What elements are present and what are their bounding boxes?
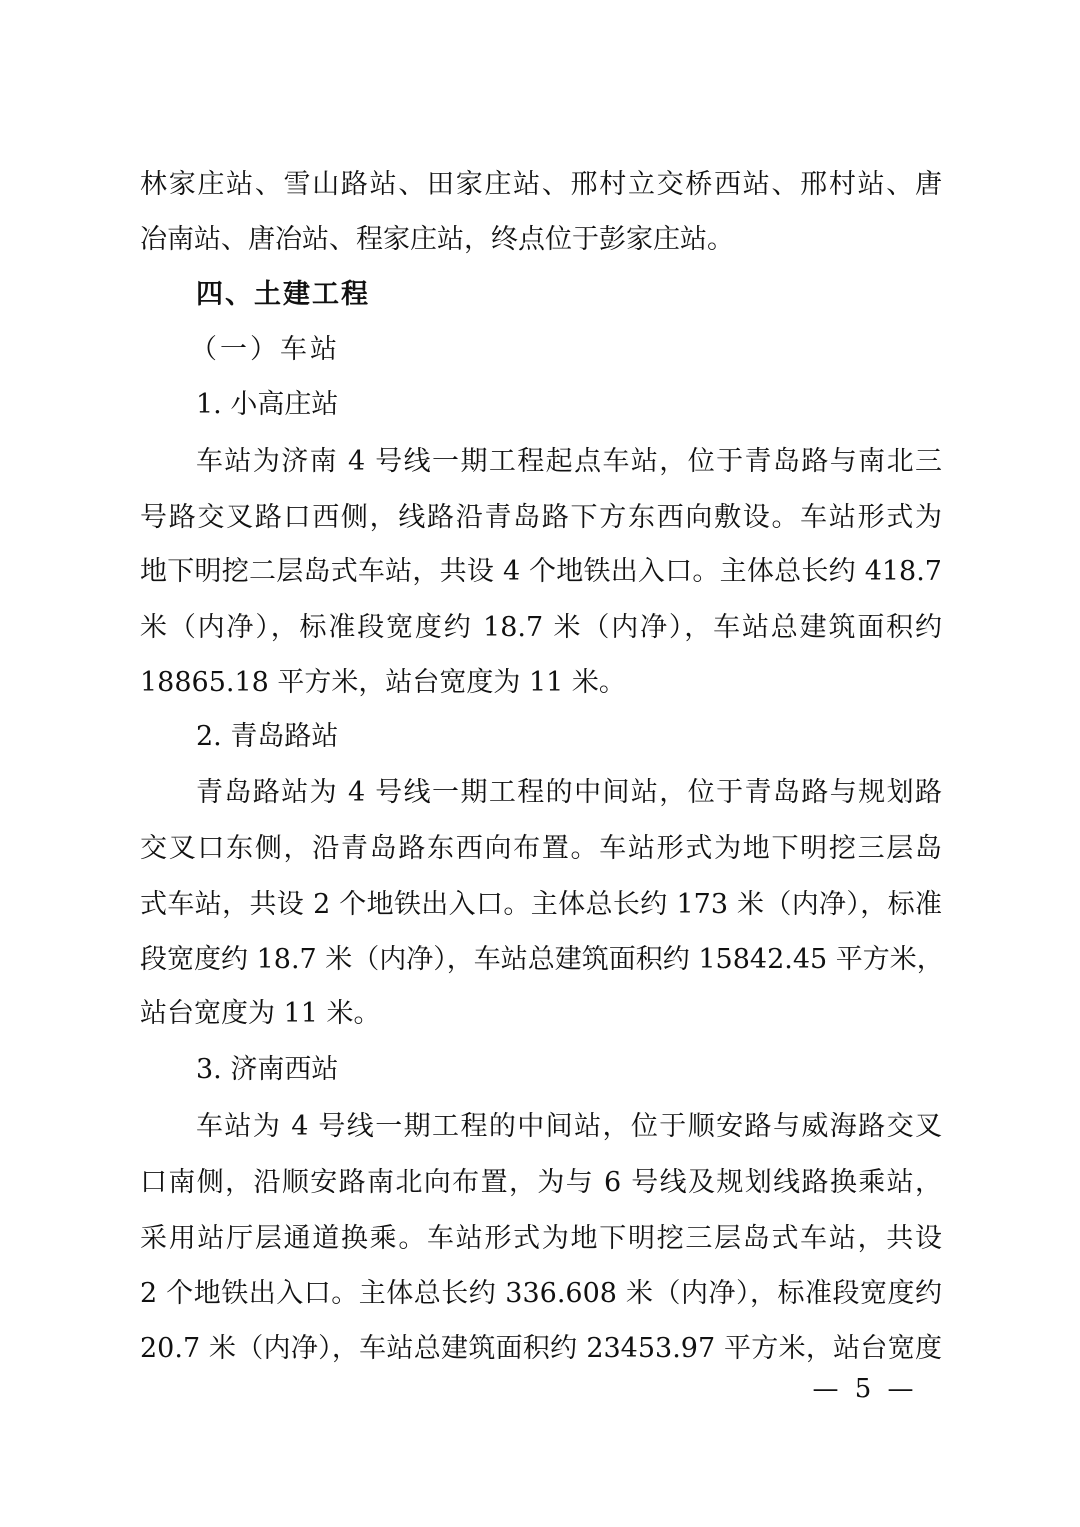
paragraph-line: 冶南站、唐冶站、程家庄站，终点位于彭家庄站。 <box>140 220 942 260</box>
subsection-heading: （一）车站 <box>190 330 936 370</box>
station-title: 1. 小高庄站 <box>196 385 942 425</box>
paragraph-line: 交叉口东侧，沿青岛路东西向布置。车站形式为地下明挖三层岛 <box>140 829 942 869</box>
paragraph-line: 20.7 米（内净），车站总建筑面积约 23453.97 平方米，站台宽度 <box>140 1329 942 1369</box>
paragraph-line: 地下明挖二层岛式车站，共设 4 个地铁出入口。主体总长约 418.7 <box>140 552 942 592</box>
paragraph-line: 车站为 4 号线一期工程的中间站，位于顺安路与威海路交叉 <box>196 1107 942 1147</box>
station-title: 2. 青岛路站 <box>196 717 942 757</box>
paragraph-line: 米（内净），标准段宽度约 18.7 米（内净），车站总建筑面积约 <box>140 608 942 648</box>
paragraph-line: 式车站，共设 2 个地铁出入口。主体总长约 173 米（内净），标准 <box>140 885 942 925</box>
paragraph-line: 2 个地铁出入口。主体总长约 336.608 米（内净），标准段宽度约 <box>140 1274 942 1314</box>
paragraph-line: 林家庄站、雪山路站、田家庄站、邢村立交桥西站、邢村站、唐 <box>140 165 942 205</box>
paragraph-line: 采用站厅层通道换乘。车站形式为地下明挖三层岛式车站，共设 <box>140 1219 942 1259</box>
section-heading: 四、土建工程 <box>196 275 942 315</box>
paragraph-line: 车站为济南 4 号线一期工程起点车站，位于青岛路与南北三 <box>196 442 942 482</box>
paragraph-line: 号路交叉路口西侧，线路沿青岛路下方东西向敷设。车站形式为 <box>140 498 942 538</box>
paragraph-line: 站台宽度为 11 米。 <box>140 994 942 1034</box>
paragraph-line: 口南侧，沿顺安路南北向布置，为与 6 号线及规划线路换乘站， <box>140 1163 942 1203</box>
paragraph-line: 青岛路站为 4 号线一期工程的中间站，位于青岛路与规划路 <box>196 773 942 813</box>
station-title: 3. 济南西站 <box>196 1050 942 1090</box>
page-number: — 5 — <box>810 1374 920 1404</box>
paragraph-line: 18865.18 平方米，站台宽度为 11 米。 <box>140 663 942 703</box>
document-page: 林家庄站、雪山路站、田家庄站、邢村立交桥西站、邢村站、唐 冶南站、唐冶站、程家庄… <box>0 0 1080 1527</box>
paragraph-line: 段宽度约 18.7 米（内净），车站总建筑面积约 15842.45 平方米， <box>140 940 942 980</box>
